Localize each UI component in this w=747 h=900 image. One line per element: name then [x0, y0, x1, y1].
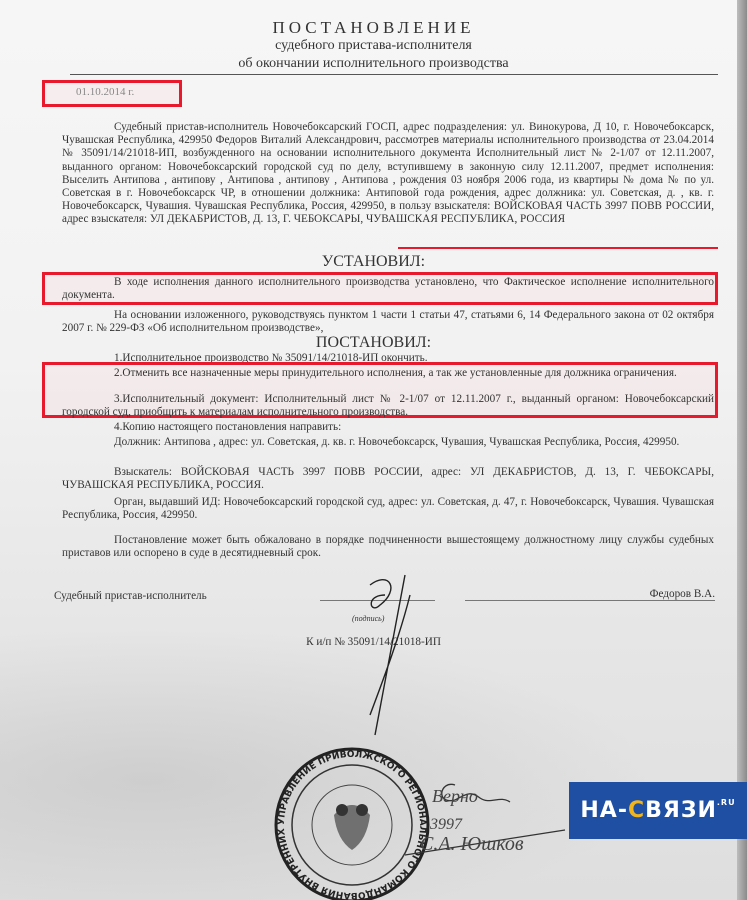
item-2-text: 2.Отменить все назначенные меры принудит… — [114, 367, 677, 379]
logo-suffix: ВЯЗИ — [645, 798, 717, 823]
logo-tld: .RU — [717, 798, 736, 807]
logo-accent-letter: С — [628, 798, 645, 823]
item-3: 3.Исполнительный документ: Исполнительны… — [62, 393, 714, 419]
basis-text: На основании изложенного, руководствуясь… — [62, 309, 714, 334]
signer-name: Федоров В.А. — [600, 588, 715, 601]
document-subtitle-2: об окончании исполнительного производств… — [0, 56, 747, 72]
handwritten-note: Верно — [432, 790, 492, 803]
recipient-court: Орган, выдавший ИД: Новочебоксарский гор… — [62, 496, 714, 522]
handwritten-number: 3997 — [430, 818, 490, 831]
intro-paragraph: Судебный пристав-исполнитель Новочебокса… — [62, 121, 714, 227]
claimant-highlight: взыскателя: ВОЙСКОВАЯ ЧАСТЬ 3997 ПОВВ РО… — [435, 200, 714, 212]
handwritten-certification — [395, 770, 585, 880]
document-subtitle-1: судебного пристава-исполнителя — [0, 38, 747, 54]
logo-prefix: НА- — [580, 798, 628, 823]
title-rule — [70, 74, 718, 75]
signature-scribble — [330, 565, 450, 745]
basis-paragraph: На основании изложенного, руководствуясь… — [62, 309, 714, 335]
recipient-debtor-text: Должник: Антипова , адрес: ул. Советская… — [114, 436, 679, 448]
section-established: УСТАНОВИЛ: — [0, 253, 747, 271]
established-paragraph: В ходе исполнения данного исполнительног… — [62, 276, 714, 302]
established-text: В ходе исполнения данного исполнительног… — [62, 276, 714, 301]
recipient-debtor: Должник: Антипова , адрес: ул. Советская… — [62, 436, 714, 449]
recipient-claimant: Взыскатель: ВОЙСКОВАЯ ЧАСТЬ 3997 ПОВВ РО… — [62, 466, 714, 492]
handwritten-name: С.А. Юшков — [420, 838, 560, 851]
recipient-claimant-text: Взыскатель: ВОЙСКОВАЯ ЧАСТЬ 3997 ПОВВ РО… — [62, 466, 714, 491]
page-edge-shadow — [737, 0, 747, 900]
na-svyazi-watermark-logo: НА-СВЯЗИ.RU — [569, 782, 747, 839]
intro-tail: адрес взыскателя: УЛ ДЕКАБРИСТОВ, Д. 13,… — [62, 213, 565, 225]
item-4: 4.Копию настоящего постановления направи… — [62, 421, 714, 434]
appeal-paragraph: Постановление может быть обжаловано в по… — [62, 534, 714, 560]
document-title: ПОСТАНОВЛЕНИЕ — [0, 18, 747, 38]
item-4-text: 4.Копию настоящего постановления направи… — [114, 421, 341, 433]
item-3-text: 3.Исполнительный документ: Исполнительны… — [62, 393, 714, 418]
document-date: 01.10.2014 г. — [76, 86, 134, 98]
signer-role: Судебный пристав-исполнитель — [54, 590, 254, 603]
intro-text: Судебный пристав-исполнитель Новочебокса… — [62, 121, 714, 212]
section-decided: ПОСТАНОВИЛ: — [0, 334, 747, 352]
appeal-text: Постановление может быть обжаловано в по… — [62, 534, 714, 559]
item-2: 2.Отменить все назначенные меры принудит… — [62, 367, 714, 380]
claimant-underline — [398, 247, 718, 249]
recipient-court-text: Орган, выдавший ИД: Новочебоксарский гор… — [62, 496, 714, 521]
